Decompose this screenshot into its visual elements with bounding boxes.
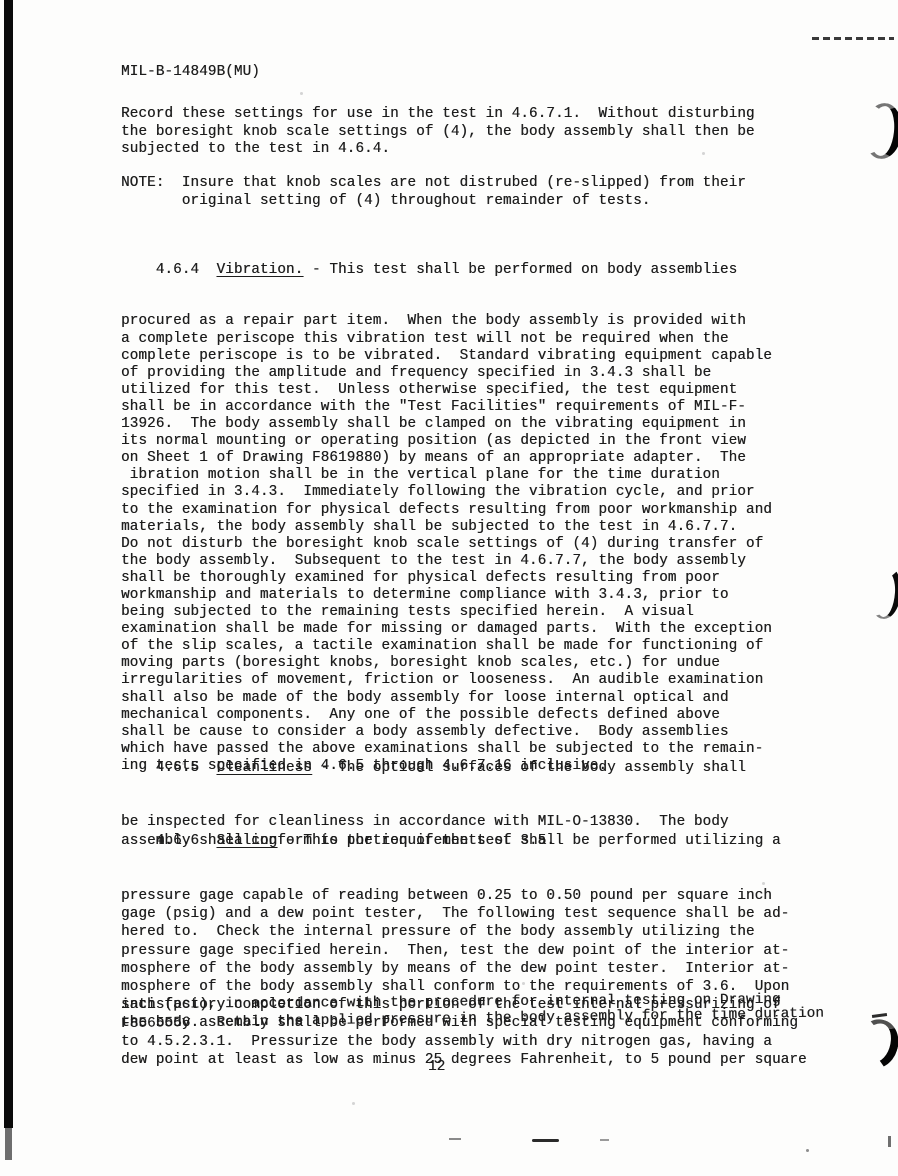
scan-edge-bar-tail (5, 1128, 12, 1160)
scan-artifact-dash (532, 1139, 559, 1142)
scan-artifact-bracket-bottom-dash (872, 1013, 887, 1018)
section-heading-line: 4.6.5 Cleanliness - The optical surfaces… (121, 759, 746, 777)
note-paragraph: NOTE: Insure that knob scales are not di… (121, 175, 746, 210)
scan-speck (300, 92, 303, 95)
scan-artifact-bracket-bottom (849, 1014, 898, 1075)
scan-artifact-bracket-middle (867, 564, 898, 620)
section-title: Cleanliness (216, 760, 311, 776)
section-number: 4.6.4 (121, 262, 216, 278)
scan-artifact-dot (806, 1149, 809, 1152)
scan-artifact-bracket-top (861, 101, 898, 161)
page-number: 12 (428, 1058, 445, 1076)
section-heading-rest: - This test shall be performed on body a… (303, 262, 737, 278)
scan-artifact-dashed-line (812, 37, 894, 40)
section-heading-rest: - This portion of the test shall be perf… (277, 833, 780, 849)
section-number: 4.6.6 (121, 833, 216, 849)
section-4-6-4-vibration: 4.6.4 Vibration. - This test shall be pe… (121, 228, 772, 809)
scan-artifact-mark (888, 1136, 891, 1147)
scan-artifact-dash (449, 1138, 461, 1140)
section-title: Sealing (216, 833, 277, 849)
section-heading-line: 4.6.4 Vibration. - This test shall be pe… (121, 262, 772, 279)
scan-edge-bar (4, 0, 13, 1128)
section-heading-rest: - The optical surfaces of the body assem… (312, 760, 746, 776)
document-page: MIL-B-14849B(MU) Record these settings f… (0, 0, 898, 1176)
doc-id: MIL-B-14849B(MU) (121, 64, 260, 82)
scan-artifact-dash (600, 1139, 609, 1141)
section-body: pressure gage capable of reading between… (121, 887, 807, 1069)
section-number: 4.6.5 (121, 760, 216, 776)
intro-paragraph: Record these settings for use in the tes… (121, 106, 755, 159)
section-title: Vibration. (216, 262, 303, 278)
section-body: procured as a repair part item. When the… (121, 313, 772, 775)
section-heading-line: 4.6.6 Sealing - This portion of the test… (121, 832, 807, 850)
section-4-6-6-sealing: 4.6.6 Sealing - This portion of the test… (121, 796, 807, 1105)
